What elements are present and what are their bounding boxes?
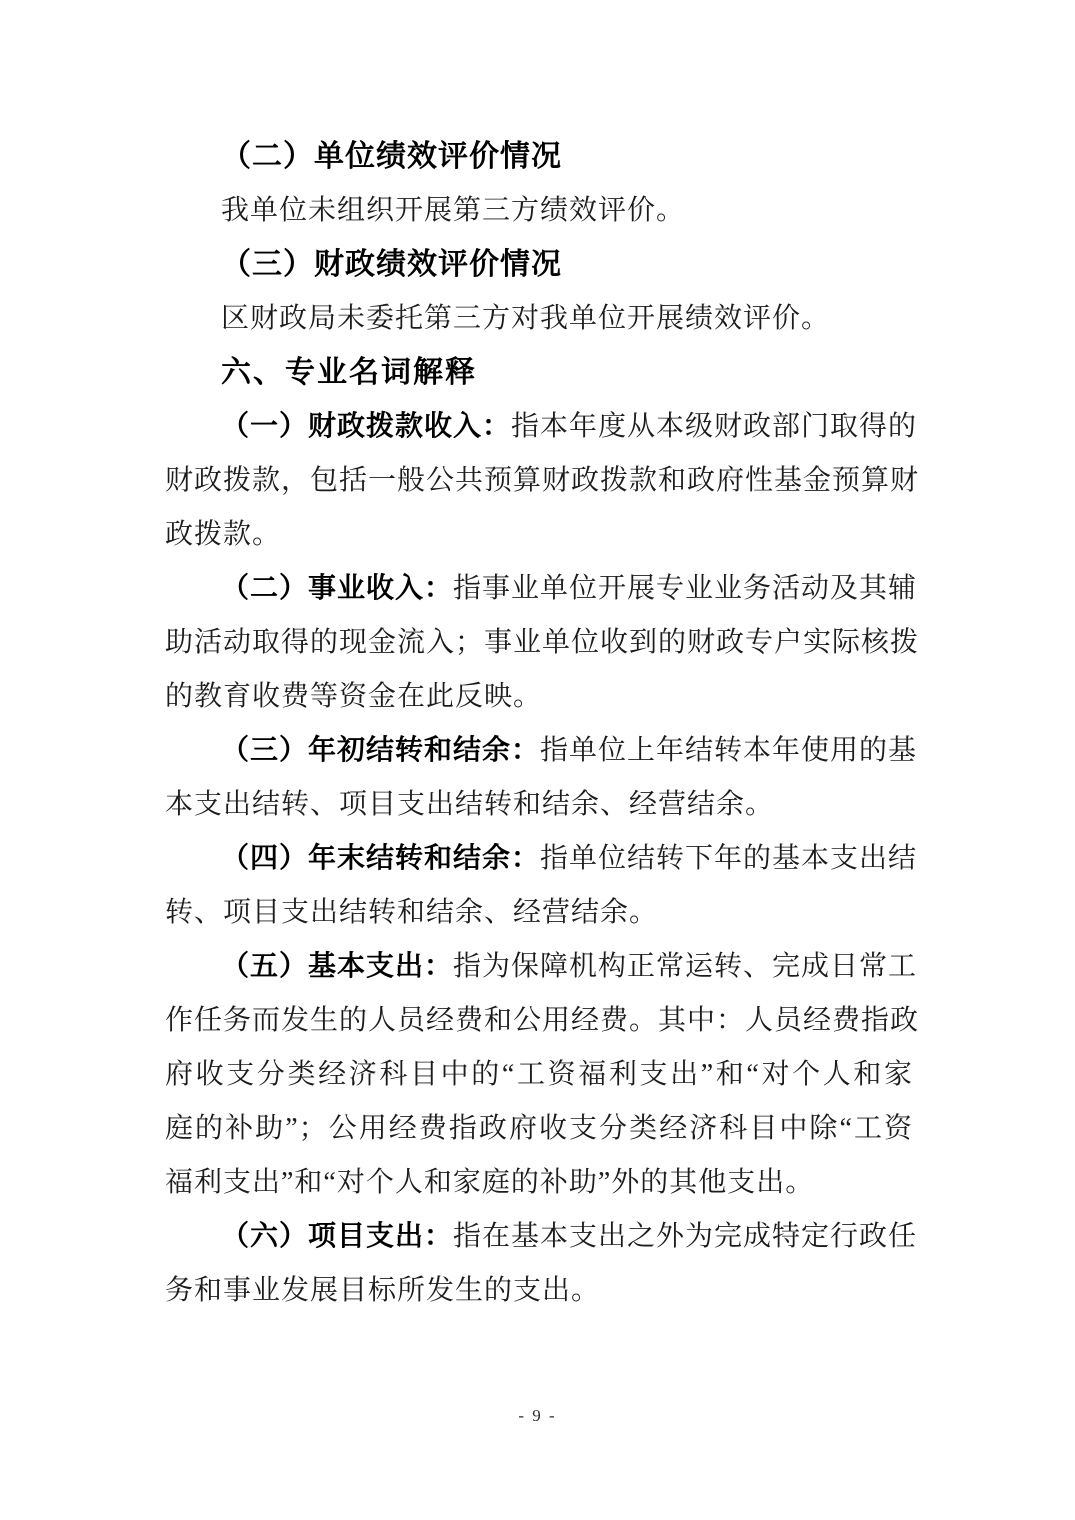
document-text-block: （二）单位绩效评价情况 我单位未组织开展第三方绩效评价。 （三）财政绩效评价情况… — [165, 130, 913, 1318]
definition-line: （一）财政拨款收入：指本年度从本级财政部门取得的 — [165, 400, 913, 454]
definition-line: 财政拨款，包括一般公共预算财政拨款和政府性基金预算财 — [165, 454, 913, 508]
definition-text: 指本年度从本级财政部门取得的 — [511, 411, 917, 442]
definition-text: 指单位结转下年的基本支出结 — [540, 843, 917, 874]
definition-line: （二）事业收入：指事业单位开展专业业务活动及其辅 — [165, 562, 913, 616]
heading-terminology-section: 六、专业名词解释 — [165, 346, 913, 400]
definition-text: 指为保障机构正常运转、完成日常工 — [453, 951, 917, 982]
heading-fiscal-performance-evaluation: （三）财政绩效评价情况 — [165, 238, 913, 292]
definition-text: 指事业单位开展专业业务活动及其辅 — [453, 573, 917, 604]
paragraph-unit-evaluation-status: 我单位未组织开展第三方绩效评价。 — [165, 184, 913, 238]
definition-line: 本支出结转、项目支出结转和结余、经营结余。 — [165, 778, 913, 832]
term-label: （三）年初结转和结余： — [221, 735, 540, 766]
document-page: （二）单位绩效评价情况 我单位未组织开展第三方绩效评价。 （三）财政绩效评价情况… — [0, 0, 1075, 1520]
term-label: （一）财政拨款收入： — [221, 411, 511, 442]
term-label: （二）事业收入： — [221, 573, 453, 604]
page-number: - 9 - — [0, 1402, 1075, 1430]
definition-line: 庭的补助”；公用经费指政府收支分类经济科目中除“工资 — [165, 1102, 913, 1156]
definition-line: （四）年末结转和结余：指单位结转下年的基本支出结 — [165, 832, 913, 886]
definition-line: 福利支出”和“对个人和家庭的补助”外的其他支出。 — [165, 1156, 913, 1210]
definition-line: 助活动取得的现金流入；事业单位收到的财政专户实际核拨 — [165, 616, 913, 670]
definition-line: 的教育收费等资金在此反映。 — [165, 670, 913, 724]
definition-line: （六）项目支出：指在基本支出之外为完成特定行政任 — [165, 1210, 913, 1264]
term-label: （六）项目支出： — [221, 1221, 453, 1252]
definition-text: 指单位上年结转本年使用的基 — [540, 735, 917, 766]
definition-line: 务和事业发展目标所发生的支出。 — [165, 1264, 913, 1318]
paragraph-fiscal-evaluation-status: 区财政局未委托第三方对我单位开展绩效评价。 — [165, 292, 913, 346]
definition-line: （五）基本支出：指为保障机构正常运转、完成日常工 — [165, 940, 913, 994]
term-label: （四）年末结转和结余： — [221, 843, 540, 874]
definition-line: （三）年初结转和结余：指单位上年结转本年使用的基 — [165, 724, 913, 778]
definition-line: 作任务而发生的人员经费和公用经费。其中：人员经费指政 — [165, 994, 913, 1048]
definition-text: 指在基本支出之外为完成特定行政任 — [453, 1221, 917, 1252]
definition-line: 府收支分类经济科目中的“工资福利支出”和“对个人和家 — [165, 1048, 913, 1102]
term-label: （五）基本支出： — [221, 951, 453, 982]
definition-line: 转、项目支出结转和结余、经营结余。 — [165, 886, 913, 940]
definition-line: 政拨款。 — [165, 508, 913, 562]
heading-unit-performance-evaluation: （二）单位绩效评价情况 — [165, 130, 913, 184]
